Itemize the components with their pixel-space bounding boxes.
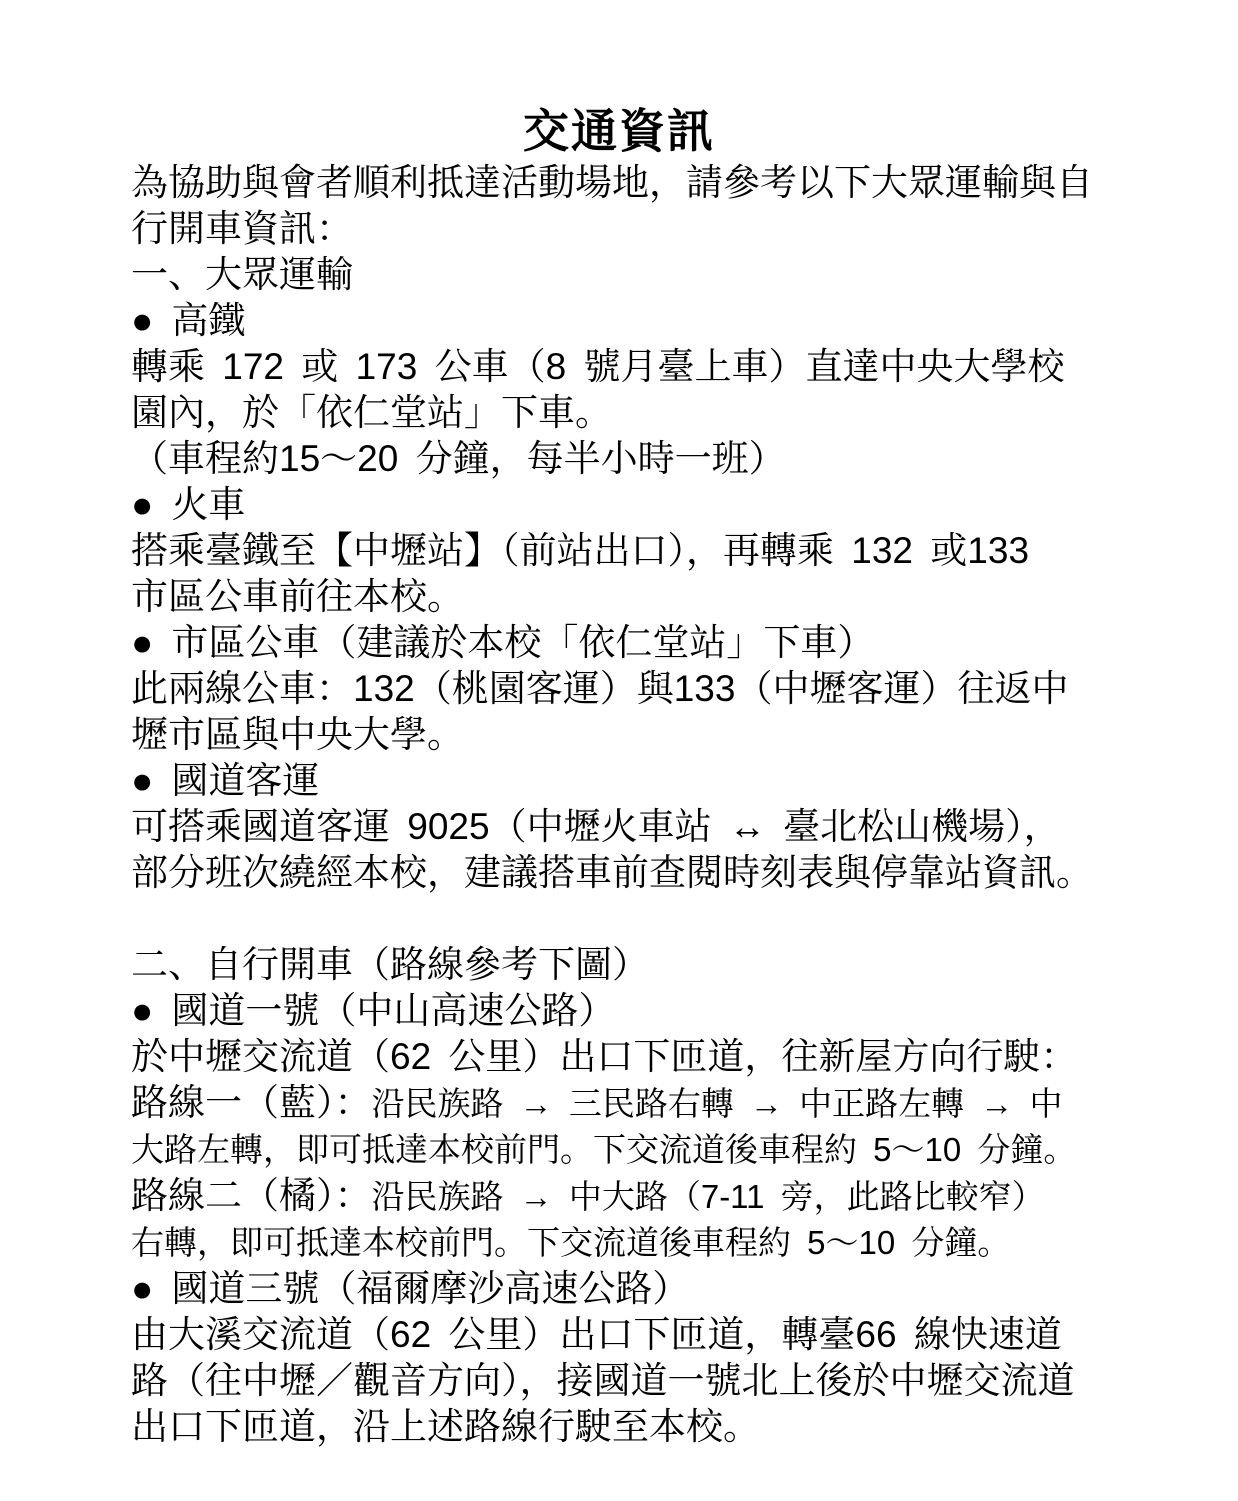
bullet-icon: ● (131, 1266, 153, 1312)
route2-lead: 路線二（橘）： (131, 1175, 372, 1216)
train-heading-label: 火車 (171, 484, 245, 525)
train-line-2: 市區公車前往本校。 (131, 574, 1116, 620)
nh1-route2-line-2: 右轉，即可抵達本校前門。下交流道後車程約 5～10 分鐘。 (131, 1220, 1116, 1266)
page-title: 交通資訊 (0, 103, 1238, 160)
intro-line-1: 為協助與會者順利抵達活動場地，請參考以下大眾運輸與自 (131, 160, 1116, 206)
intercity-heading-label: 國道客運 (171, 760, 319, 801)
hsr-line-3: （車程約15～20 分鐘，每半小時一班） (131, 436, 1116, 482)
nh3-line-2: 路（往中壢／觀音方向），接國道一號北上後於中壢交流道 (131, 1358, 1116, 1404)
bullet-icon: ● (131, 988, 153, 1034)
bullet-icon: ● (131, 620, 153, 666)
intercity-heading: ●國道客運 (131, 758, 1116, 804)
nh3-heading: ●國道三號（福爾摩沙高速公路） (131, 1266, 1116, 1312)
hsr-line-1: 轉乘 172 或 173 公車（8 號月臺上車）直達中央大學校 (131, 344, 1116, 390)
blank-line (131, 896, 1116, 942)
route1-detail: 沿民族路 → 三民路右轉 → 中正路左轉 → 中 (372, 1085, 1063, 1122)
nh3-line-3: 出口下匝道，沿上述路線行駛至本校。 (131, 1404, 1116, 1450)
train-line-1: 搭乘臺鐵至【中壢站】（前站出口），再轉乘 132 或133 (131, 528, 1116, 574)
nh1-heading-label: 國道一號（中山高速公路） (171, 990, 615, 1031)
bullet-icon: ● (131, 758, 153, 804)
bullet-icon: ● (131, 482, 153, 528)
document-page: 交通資訊 為協助與會者順利抵達活動場地，請參考以下大眾運輸與自 行開車資訊： 一… (0, 0, 1238, 1501)
nh1-route1-line-1: 路線一（藍）：沿民族路 → 三民路右轉 → 中正路左轉 → 中 (131, 1080, 1116, 1127)
section-1-heading: 一、大眾運輸 (131, 252, 1116, 298)
citybus-line-2: 壢市區與中央大學。 (131, 712, 1116, 758)
intercity-line-2: 部分班次繞經本校，建議搭車前查閱時刻表與停靠站資訊。 (131, 850, 1116, 896)
route2-detail: 沿民族路 → 中大路（7-11 旁，此路比較窄） (372, 1178, 1045, 1215)
nh1-route1-line-2: 大路左轉，即可抵達本校前門。下交流道後車程約 5～10 分鐘。 (131, 1127, 1116, 1173)
citybus-heading: ●市區公車（建議於本校「依仁堂站」下車） (131, 620, 1116, 666)
hsr-heading: ●高鐵 (131, 298, 1116, 344)
citybus-line-1: 此兩線公車：132（桃園客運）與133（中壢客運）往返中 (131, 666, 1116, 712)
section-2-heading: 二、自行開車（路線參考下圖） (131, 942, 1116, 988)
nh1-heading: ●國道一號（中山高速公路） (131, 988, 1116, 1034)
nh1-intro-line: 於中壢交流道（62 公里）出口下匝道，往新屋方向行駛： (131, 1034, 1116, 1080)
intercity-line-1: 可搭乘國道客運 9025（中壢火車站 ↔ 臺北松山機場）， (131, 804, 1116, 850)
route1-lead: 路線一（藍）： (131, 1082, 372, 1123)
hsr-heading-label: 高鐵 (171, 300, 245, 341)
nh3-line-1: 由大溪交流道（62 公里）出口下匝道，轉臺66 線快速道 (131, 1312, 1116, 1358)
intro-line-2: 行開車資訊： (131, 206, 1116, 252)
document-body: 為協助與會者順利抵達活動場地，請參考以下大眾運輸與自 行開車資訊： 一、大眾運輸… (131, 160, 1116, 1450)
bullet-icon: ● (131, 298, 153, 344)
hsr-line-2: 園內，於「依仁堂站」下車。 (131, 390, 1116, 436)
nh1-route2-line-1: 路線二（橘）：沿民族路 → 中大路（7-11 旁，此路比較窄） (131, 1173, 1116, 1220)
nh3-heading-label: 國道三號（福爾摩沙高速公路） (171, 1268, 689, 1309)
train-heading: ●火車 (131, 482, 1116, 528)
citybus-heading-label: 市區公車（建議於本校「依仁堂站」下車） (171, 622, 874, 663)
